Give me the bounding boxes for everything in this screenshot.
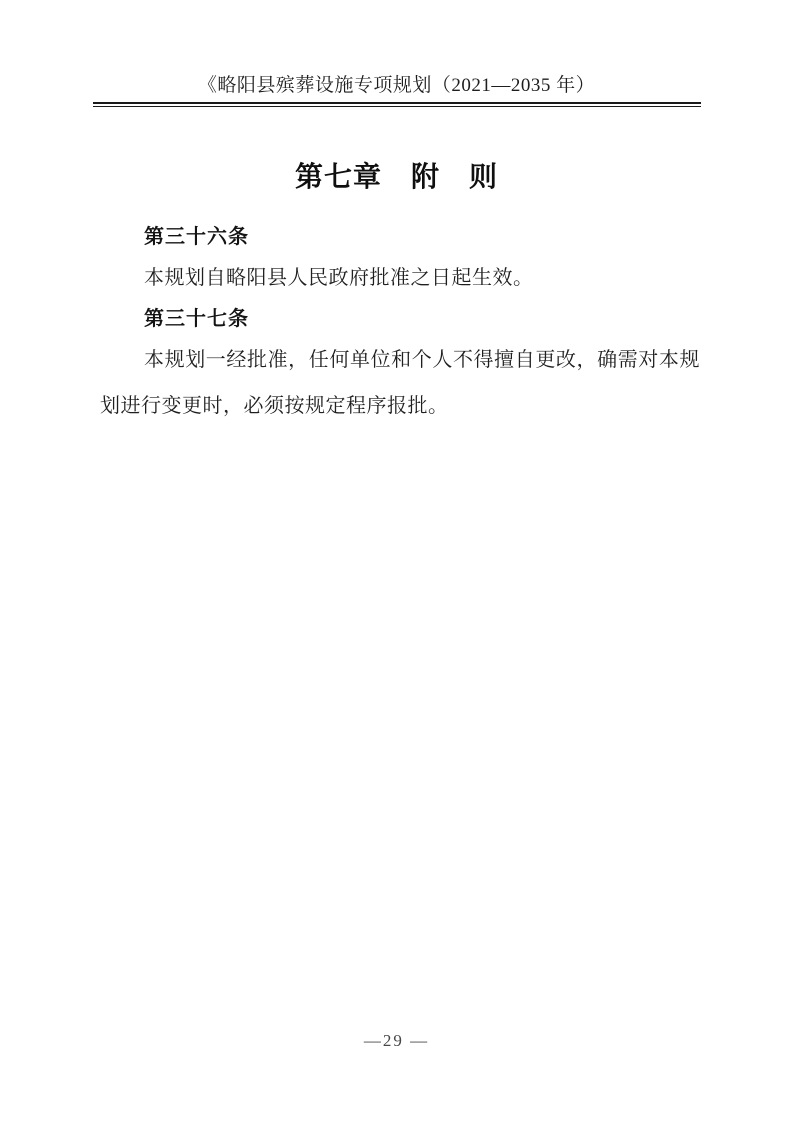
document-body: 第三十六条 本规划自略阳县人民政府批准之日起生效。 第三十七条 本规划一经批准，… [100,219,700,429]
article-section: 第三十六条 本规划自略阳县人民政府批准之日起生效。 [100,219,700,301]
article-heading: 第三十六条 [100,219,700,255]
page-number: —29 — [0,1030,793,1052]
article-body: 本规划一经批准，任何单位和个人不得擅自更改，确需对本规划进行变更时，必须按规定程… [100,337,700,429]
chapter-title: 第七章 附 则 [0,157,793,197]
document-header: 《略阳县殡葬设施专项规划（2021—2035 年） [0,0,793,107]
header-title: 《略阳县殡葬设施专项规划（2021—2035 年） [0,74,793,98]
header-double-rule [93,102,701,107]
document-page: 《略阳县殡葬设施专项规划（2021—2035 年） 第七章 附 则 第三十六条 … [0,0,793,1122]
article-heading: 第三十七条 [100,301,700,337]
article-section: 第三十七条 本规划一经批准，任何单位和个人不得擅自更改，确需对本规划进行变更时，… [100,301,700,429]
article-body: 本规划自略阳县人民政府批准之日起生效。 [100,255,700,301]
